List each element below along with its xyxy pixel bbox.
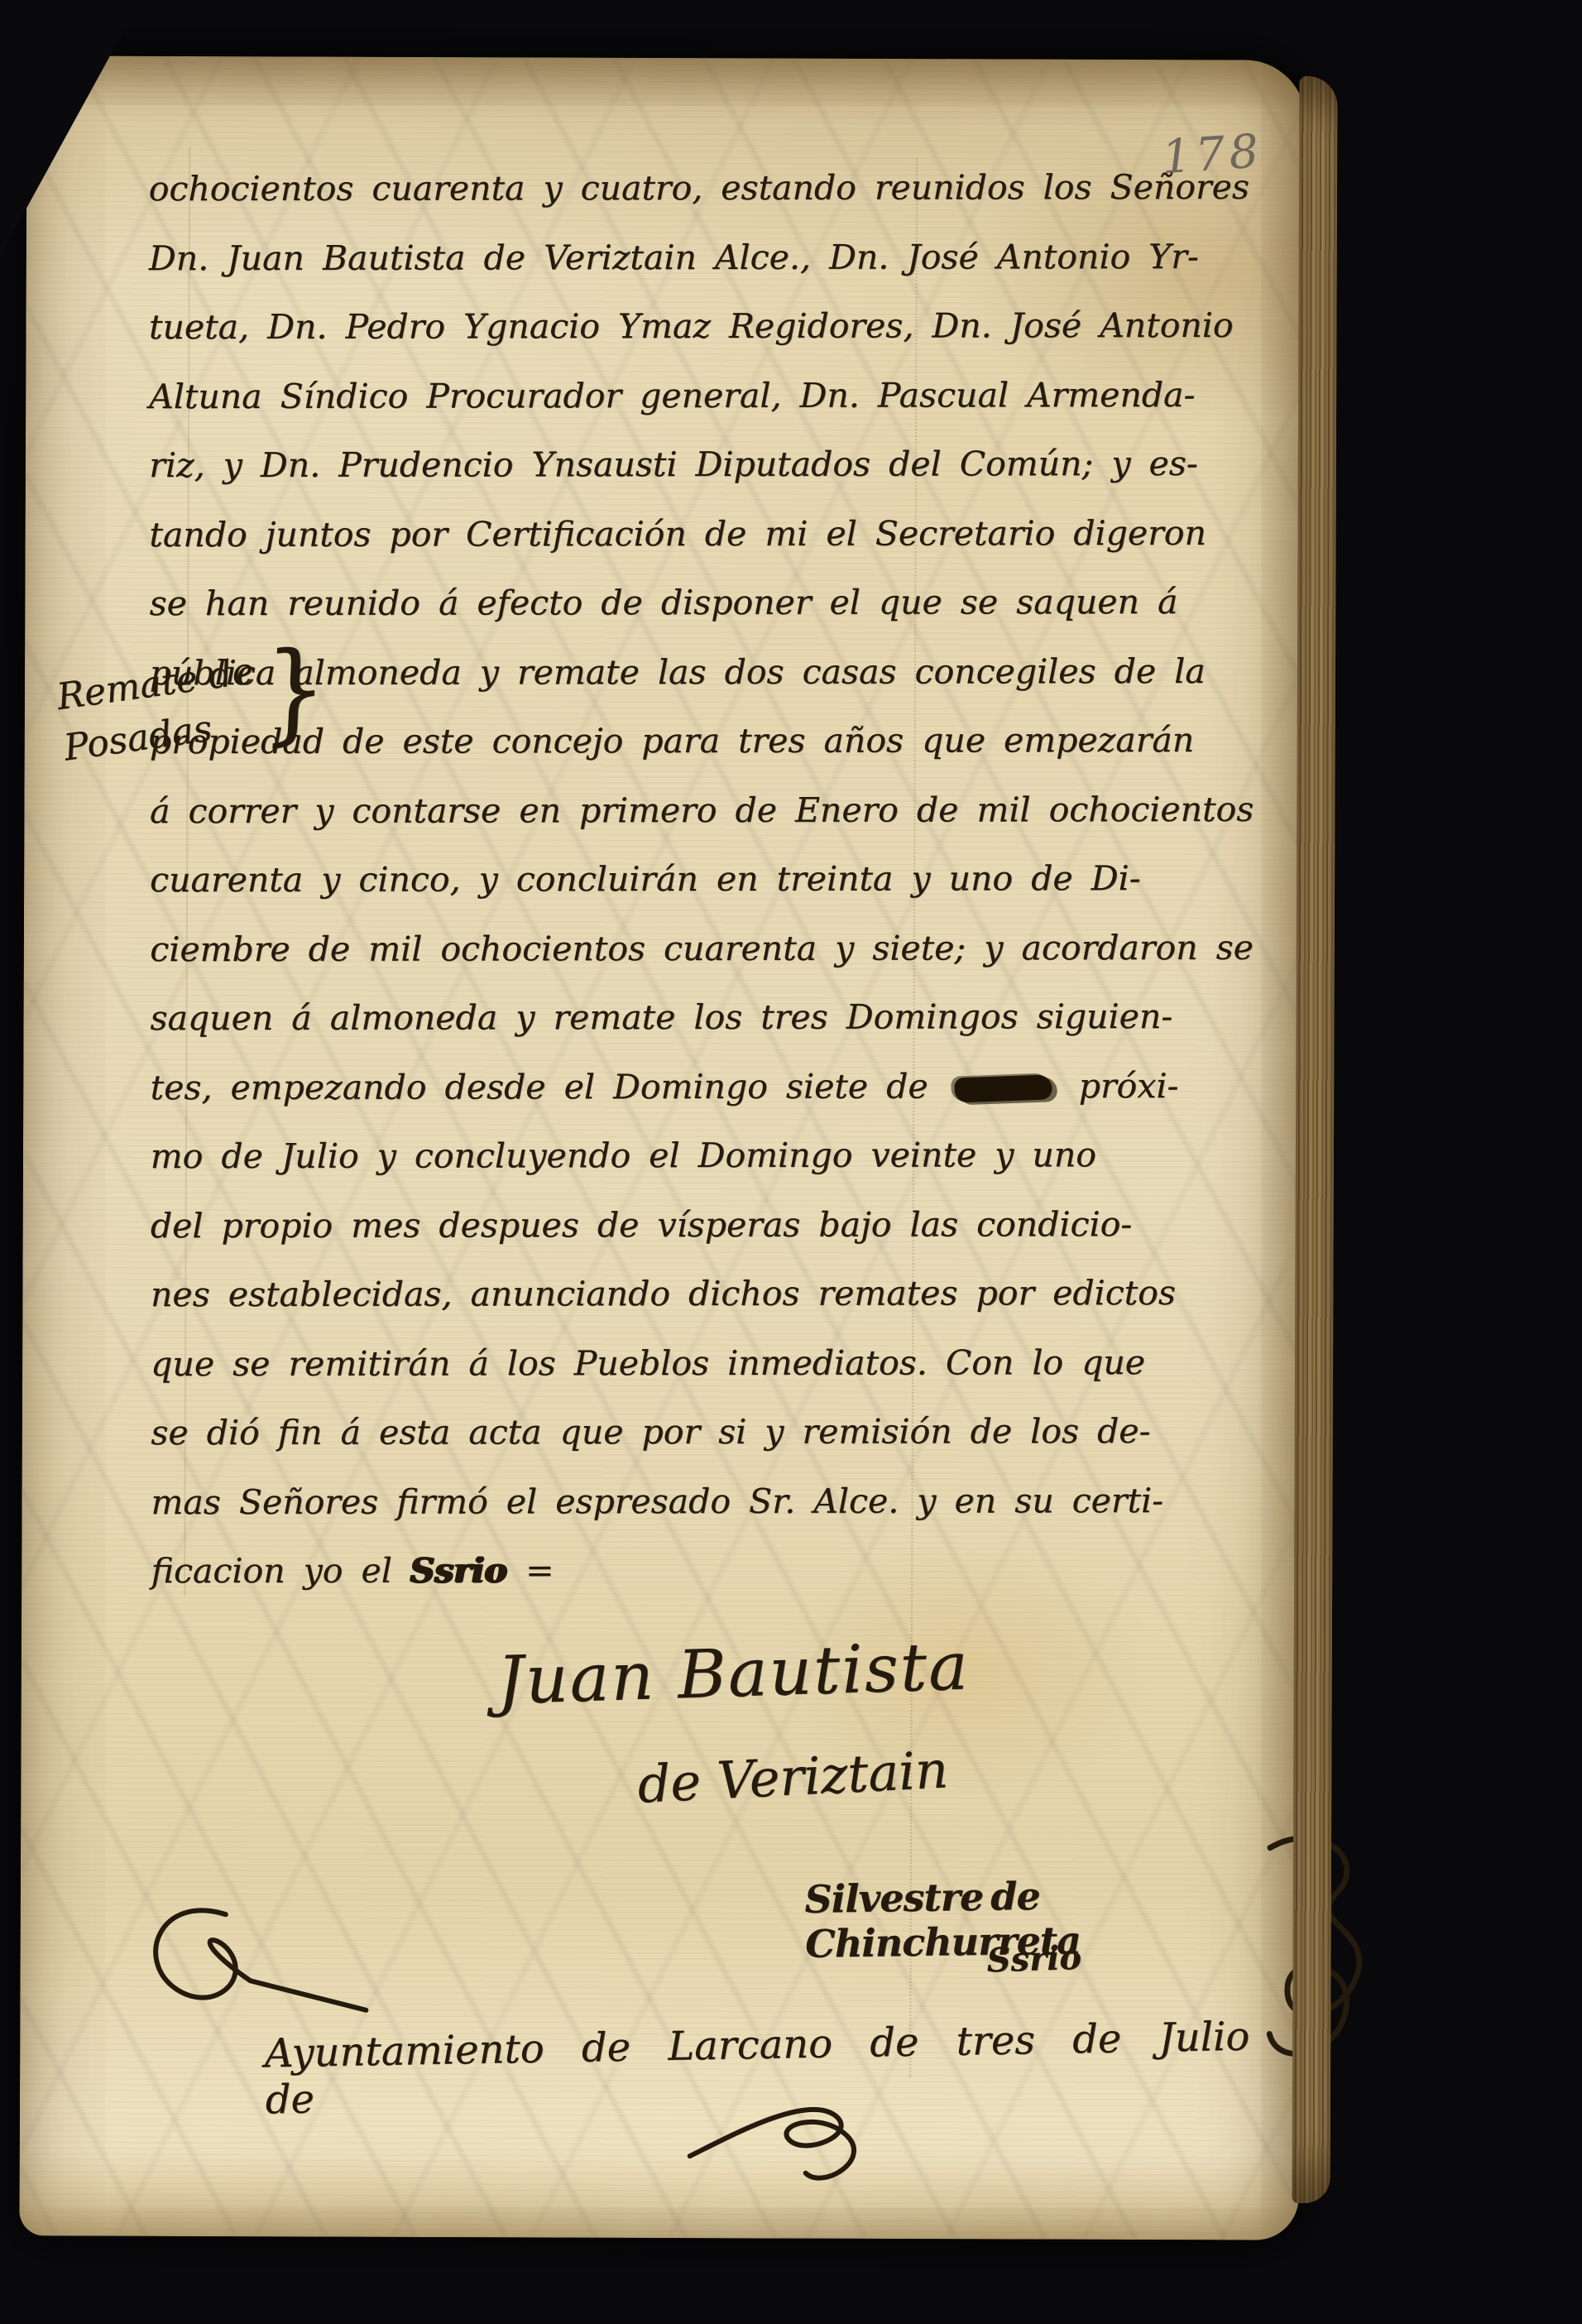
body-line: tueta, Dn. Pedro Ygnacio Ymaz Regidores,… [149,291,1208,363]
body-line: cuarenta y cinco, y concluirán en treint… [150,844,1209,915]
body-line-closing: ficacion yo el Ssrio = [151,1535,1210,1606]
signature-alcalde-line2: de Veriztain [636,1739,950,1814]
body-line: nes establecidas, anunciando dichos rema… [151,1259,1210,1330]
body-line: del propio mes despues de vísperas bajo … [151,1189,1210,1260]
manuscript-page: 178 Remate de Posadas } ochocientos cuar… [19,55,1306,2240]
inked-out-word [954,1074,1052,1102]
scan-background: 178 Remate de Posadas } ochocientos cuar… [0,0,1582,2324]
book-fore-edge [1292,76,1338,2203]
body-line: que se remitirán á los Pueblos inmediato… [151,1328,1210,1399]
body-line: ciembre de mil ochocientos cuarenta y si… [150,913,1209,984]
body-line-text: tes, empezando desde el Domingo siete de [151,1066,928,1107]
body-line-text: = [525,1550,554,1590]
closing-line: Ayuntamiento de Larcano de tres de Julio… [264,2013,1300,2124]
overwritten-word: Ssrio [410,1550,507,1590]
body-line: se dió fin á esta acta que por si y remi… [151,1397,1210,1468]
body-line: á correr y contarse en primero de Enero … [150,775,1209,846]
body-line: mas Señores firmó el espresado Sr. Alce.… [151,1466,1210,1537]
body-line-text: ficacion yo el [151,1551,410,1592]
body-line-text: próxi- [1079,1066,1179,1106]
body-line: ochocientos cuarenta y cuatro, estando r… [149,153,1208,224]
body-line: tando juntos por Certificación de mi el … [149,498,1208,569]
manuscript-body: ochocientos cuarenta y cuatro, estando r… [149,153,1210,1606]
body-line-with-blot: tes, empezando desde el Domingo siete de… [150,1051,1209,1122]
body-line: mo de Julio y concluyendo el Domingo vei… [151,1121,1210,1192]
body-line: propiedad de este concejo para tres años… [150,706,1209,777]
body-line: se han reunido á efecto de disponer el q… [149,568,1208,639]
body-line: Dn. Juan Bautista de Veriztain Alce., Dn… [149,222,1208,293]
signature-alcalde-line1: Juan Bautista [496,1627,971,1719]
body-line: pública almoneda y remate las dos casas … [150,636,1209,708]
signature-secretary-title: Ssrio [986,1938,1082,1981]
body-line: saquen á almoneda y remate los tres Domi… [150,982,1209,1054]
body-line: Altuna Síndico Procurador general, Dn. P… [149,360,1208,431]
body-line: riz, y Dn. Prudencio Ynsausti Diputados … [149,430,1208,501]
